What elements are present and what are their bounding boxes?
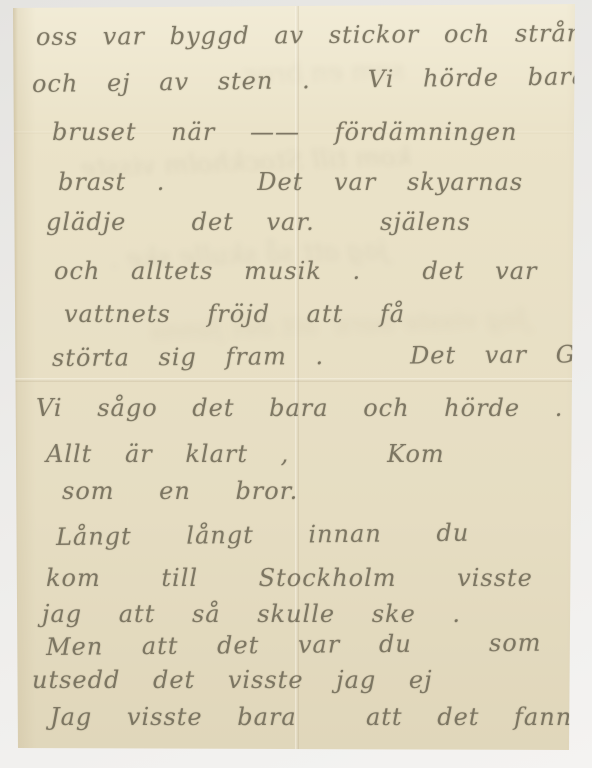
handwriting-line-4: brast . Det var skyarnas (58, 162, 523, 202)
handwriting-line-13: kom till Stockholm visste (46, 558, 533, 598)
handwriting-line-7: vattnets fröjd att få (64, 294, 405, 334)
letter-paper: kom till Stockholm visste jag att så sku… (0, 0, 592, 768)
handwriting-line-16: utsedd det visste jag ej (32, 660, 433, 700)
handwriting-line-5: glädje det var. själens (46, 202, 471, 242)
handwriting-line-9: Vi sågo det bara och hörde . (36, 388, 563, 428)
handwriting-line-17: Jag visste bara att det fanns (50, 697, 585, 737)
horizontal-fold-crease (13, 378, 573, 382)
handwriting-line-11: som en bror. (62, 471, 298, 511)
letter-photograph: kom till Stockholm visste jag att så sku… (0, 0, 592, 768)
handwriting-line-3: bruset när —— fördämningen (52, 112, 517, 152)
handwriting-line-6: och alltets musik . det var (54, 251, 538, 291)
handwriting-line-10: Allt är klart , Kom (46, 434, 445, 474)
handwriting-line-2: och ej av sten . Vi hörde bara (32, 56, 588, 104)
handwriting-line-12: Långt långt innan du (56, 513, 470, 557)
handwriting-line-1: oss var byggd av stickor och strån (36, 13, 583, 57)
handwriting-line-8: störta sig fram . Det var Gud. (52, 334, 592, 378)
